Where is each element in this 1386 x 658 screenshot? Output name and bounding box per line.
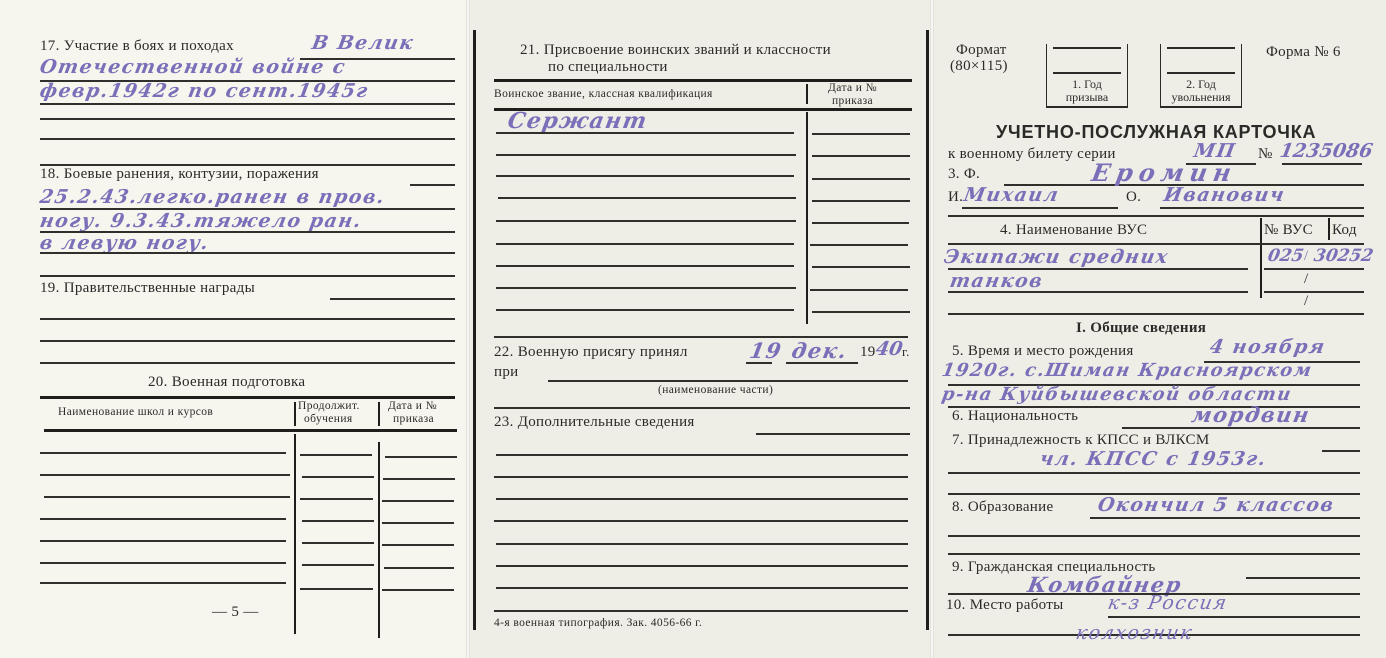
s19-line <box>40 318 455 320</box>
vus-slash-icon: / <box>1304 271 1308 288</box>
s20-col-divider <box>378 402 380 426</box>
nationality-label: 6. Национальность <box>952 408 1078 425</box>
ticket-no-hand: 1235086 <box>1278 140 1374 162</box>
name-label: И. <box>948 189 963 206</box>
s20-col2-header-b: обучения <box>304 413 353 425</box>
s20-col2-header-a: Продолжит. <box>298 400 360 412</box>
s21-col1-header: Воинское звание, классная квалификация <box>494 88 713 100</box>
kod-label: Код <box>1332 222 1357 239</box>
s19-line <box>40 340 455 342</box>
year-conscription-box: 1. Годпризыва <box>1046 44 1128 108</box>
s22-unit-line <box>548 380 908 382</box>
s19-label: 19. Правительственные награды <box>40 280 255 297</box>
s18-line <box>40 252 455 254</box>
s22-year-hand: 40 <box>874 338 904 360</box>
middle-page: 21. Присвоение воинских званий и классно… <box>470 0 930 658</box>
s20-col-divider <box>294 434 296 634</box>
s20-col3-header-b: приказа <box>393 413 434 425</box>
s18-label: 18. Боевые ранения, контузии, поражения <box>40 166 319 183</box>
nationality-hand: мордвин <box>1190 402 1313 427</box>
box1-line1: 1. Год <box>1072 77 1102 91</box>
box2-line1: 2. Год <box>1186 77 1216 91</box>
s21-title-2: по специальности <box>548 59 668 76</box>
s19-line <box>40 362 455 364</box>
vus-no-hand: 025 <box>1266 246 1305 266</box>
s17-line <box>40 138 455 140</box>
s22-unit-caption: (наименование части) <box>658 384 773 396</box>
s23-label: 23. Дополнительные сведения <box>494 414 695 431</box>
surname-label: 3. Ф. <box>948 166 980 183</box>
party-hand: чл. КПСС с 1953г. <box>1038 448 1269 470</box>
vus-slash-icon: / <box>1304 293 1308 310</box>
ticket-no-label: № <box>1258 146 1273 163</box>
name-hand: Михаил <box>962 184 1061 206</box>
vus-name-hand-2: танков <box>948 270 1045 292</box>
s18-line <box>40 275 455 277</box>
middle-page-right-border <box>926 30 929 630</box>
vus-label: 4. Наименование ВУС <box>1000 222 1147 239</box>
box2-line2: увольнения <box>1172 90 1231 104</box>
vus-col-divider <box>1328 218 1330 240</box>
birth-hand-2: 1920г. с.Шиман Красноярском <box>940 360 1314 381</box>
s17-label: 17. Участие в боях и походах <box>40 38 234 55</box>
s21-col2-header-a: Дата и № <box>828 82 877 94</box>
printer-imprint: 4-я военная типография. Зак. 4056-66 г. <box>494 617 702 629</box>
s18-hand-2: ногу. 9.3.43.тяжело ран. <box>38 210 364 232</box>
s21-col2-header-b: приказа <box>832 95 873 107</box>
s21-col-divider <box>806 84 808 104</box>
format-size: (80×115) <box>950 58 1008 75</box>
ticket-label: к военному билету серии <box>948 146 1116 163</box>
s17-line <box>40 118 455 120</box>
education-hand: Окончил 5 классов <box>1096 494 1336 516</box>
vus-no-line <box>1264 291 1364 293</box>
vus-name-hand-1: Экипажи средних <box>942 246 1171 268</box>
party-label: 7. Принадлежность к КПСС и ВЛКСМ <box>952 432 1209 449</box>
patronymic-label: О. <box>1126 189 1141 206</box>
s20-title: 20. Военная подготовка <box>148 374 305 391</box>
kod-hand: 30252 <box>1312 246 1375 266</box>
work-hand-1: к-з Россия <box>1106 592 1229 614</box>
education-line <box>948 553 1360 555</box>
name-line <box>962 207 1118 209</box>
work-hand-2: колхозник <box>1074 622 1195 644</box>
education-line <box>1090 517 1360 519</box>
vus-no-line <box>1264 268 1364 270</box>
birth-hand-1: 4 ноября <box>1208 336 1327 358</box>
s20-col-divider <box>378 442 380 638</box>
patronymic-hand: Иванович <box>1162 184 1287 206</box>
s22-pri: при <box>494 364 518 381</box>
left-page: 17. Участие в боях и походах В Велик Оте… <box>0 0 468 658</box>
s18-hand-1: 25.2.43.легко.ранен в пров. <box>38 186 387 208</box>
surname-hand: Еромин <box>1089 158 1239 187</box>
vus-slash-icon: / <box>1304 248 1308 265</box>
birth-label: 5. Время и место рождения <box>952 343 1134 360</box>
s20-header-bottom <box>44 429 457 432</box>
vus-line <box>948 291 1248 293</box>
s20-col-divider <box>294 402 296 426</box>
s17-hand-1: В Велик <box>310 32 416 54</box>
vus-col-divider <box>1260 218 1262 298</box>
s23-line <box>756 433 910 435</box>
education-line <box>948 535 1360 537</box>
box1-line2: призыва <box>1066 90 1108 104</box>
s18-hand-3: в левую ногу. <box>38 232 211 254</box>
s20-col1-header: Наименование школ и курсов <box>58 406 213 418</box>
s20-col3-header-a: Дата и № <box>388 400 437 412</box>
s22-year-suffix: г. <box>902 344 910 360</box>
form-number: Форма № 6 <box>1266 44 1341 61</box>
civil-spec-line <box>1246 577 1360 579</box>
s17-line <box>40 103 455 105</box>
year-discharge-box: 2. Годувольнения <box>1160 44 1242 108</box>
vus-header-line <box>948 243 1364 245</box>
work-label: 10. Место работы <box>946 597 1063 614</box>
work-line <box>1108 616 1360 618</box>
s19-line <box>330 298 455 300</box>
nationality-line <box>1122 427 1360 429</box>
s22-label: 22. Военную присягу принял <box>494 344 688 361</box>
ticket-no-line <box>1282 163 1362 165</box>
patronymic-line <box>1160 207 1364 209</box>
vus-no-label: № ВУС <box>1264 222 1313 239</box>
s22-line <box>494 407 910 409</box>
education-label: 8. Образование <box>952 499 1053 516</box>
vus-bottom-line <box>948 313 1364 315</box>
party-line <box>948 472 1360 474</box>
s22-month-hand: дек. <box>790 338 850 363</box>
format-label: Формат <box>956 42 1007 59</box>
party-line <box>1322 450 1360 452</box>
card-title: УЧЕТНО-ПОСЛУЖНАЯ КАРТОЧКА <box>996 122 1316 143</box>
s21-title-1: 21. Присвоение воинских званий и классно… <box>520 42 831 59</box>
section-title: I. Общие сведения <box>1076 320 1206 337</box>
page-number: — 5 — <box>212 604 259 621</box>
s21-col-divider <box>806 112 808 324</box>
s18-line <box>410 184 455 186</box>
right-page: Формат (80×115) 1. Годпризыва 2. Годувол… <box>932 0 1386 658</box>
name-bottom-line <box>948 215 1364 217</box>
s17-hand-3: февр.1942г по сент.1945г <box>38 80 371 102</box>
s17-hand-2: Отечественной войне с <box>38 56 348 78</box>
s20-header-top <box>40 396 455 399</box>
s22-day-hand: 19 <box>748 338 785 363</box>
s21-rank-hand: Сержант <box>506 108 650 134</box>
